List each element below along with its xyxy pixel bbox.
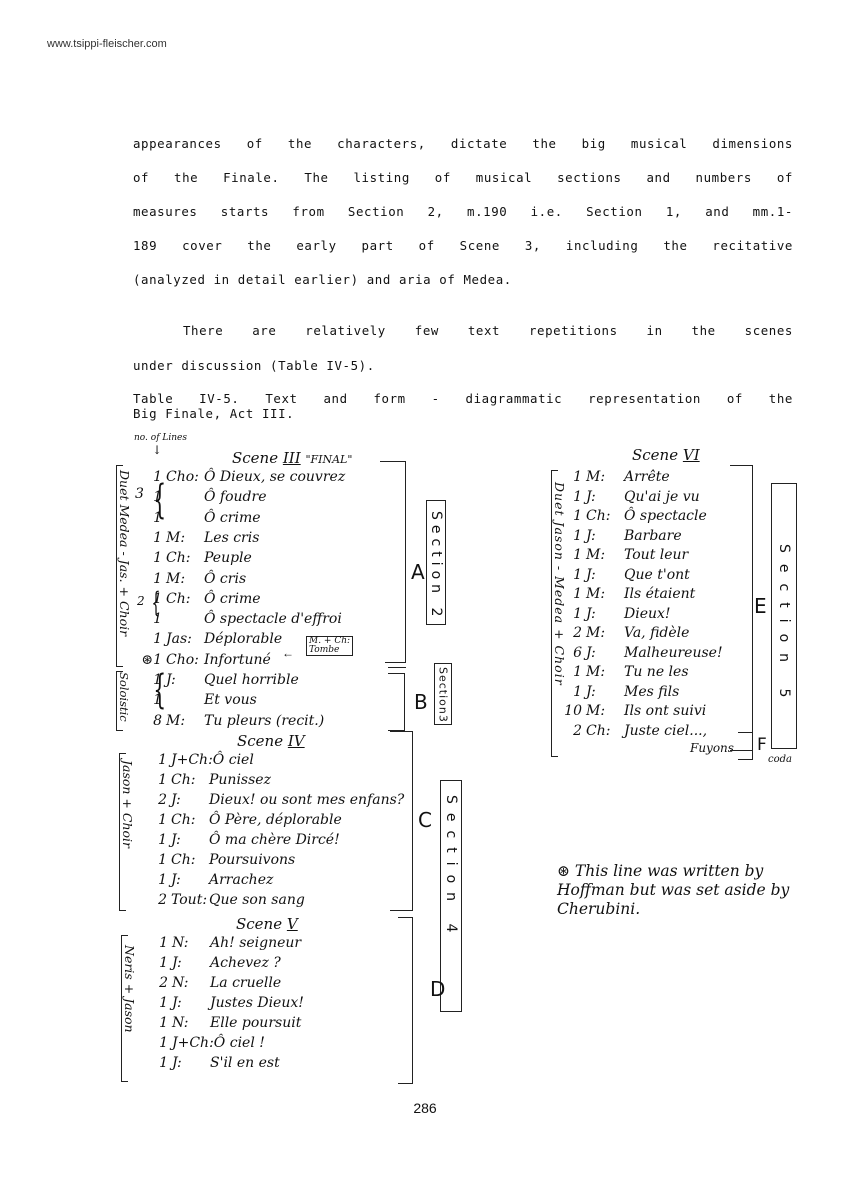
speaker: N:: [172, 975, 210, 991]
scene-3-title: Scene III "FINAL": [232, 449, 352, 467]
diagram-row: 1M:Tu ne les: [560, 664, 689, 680]
line-count: 1: [140, 571, 162, 587]
text-incipit: La cruelle: [210, 975, 281, 991]
diagram-row: 1Ch:Punissez: [145, 772, 271, 788]
bracket-E: [730, 465, 753, 751]
text-incipit: Tu pleurs (recit.): [204, 713, 324, 729]
left-arrow-icon: ←: [282, 646, 294, 661]
caption-line: Big Finale, Act III.: [133, 406, 793, 421]
speaker: J:: [171, 792, 209, 808]
diagram-row: 1Ch:Ô spectacle: [560, 508, 707, 524]
scene-numeral: VI: [683, 446, 700, 464]
source-url: www.tsippi-fleischer.com: [47, 38, 167, 50]
diagram-row: 1J:Barbare: [560, 528, 682, 544]
diagram-row: 10M:Ils ont suivi: [560, 703, 706, 719]
text-incipit: Tu ne les: [624, 664, 689, 680]
line-count: 10: [560, 703, 582, 719]
scene-numeral: III: [283, 449, 301, 467]
speaker: Cho:: [166, 652, 204, 668]
speaker: M:: [586, 703, 624, 719]
jason-choir-label: Jason + Choir: [120, 760, 135, 848]
line-count: 1: [140, 530, 162, 546]
diagram-row: 1Ô spectacle d'effroi: [140, 611, 342, 627]
scene-6-title: Scene VI: [632, 446, 700, 464]
section-letter-A: A: [411, 560, 425, 584]
line-count: 1: [145, 852, 167, 868]
bracket-C: [390, 731, 413, 911]
speaker: J:: [171, 832, 209, 848]
speaker: Ch:: [171, 772, 209, 788]
diagram-row: 1M:Les cris: [140, 530, 259, 546]
speaker: J:: [172, 995, 210, 1011]
text-incipit: Ô Dieux, se couvrez: [204, 469, 345, 485]
line-count: 1: [146, 955, 168, 971]
text-incipit: Barbare: [624, 528, 682, 544]
diagram-row: 2J:Dieux! ou sont mes enfans?: [145, 792, 404, 808]
duet-label: Duet Medea - Jas. + Choir: [117, 470, 132, 636]
text-incipit: Ils ont suivi: [624, 703, 706, 719]
text-incipit: Que t'ont: [624, 567, 690, 583]
diagram-row: 1J:Arrachez: [145, 872, 273, 888]
text-incipit: Mes fils: [624, 684, 679, 700]
bracket-A: [385, 461, 406, 663]
text-incipit: Ah! seigneur: [210, 935, 301, 951]
speaker: J:: [172, 1055, 210, 1071]
text-incipit: Ô cris: [204, 571, 246, 587]
speaker: J+Ch:: [171, 752, 213, 768]
soloistic-label: Soloistic: [117, 672, 131, 722]
text-incipit: Dieux!: [624, 606, 671, 622]
text-incipit: Tout leur: [624, 547, 688, 563]
line-count: 2: [145, 892, 167, 908]
text-incipit: Ô spectacle d'effroi: [204, 611, 342, 627]
text-incipit: Ô ma chère Dircé!: [209, 832, 340, 848]
speaker: J:: [172, 955, 210, 971]
line-count: 1: [145, 752, 167, 768]
diagram-row: 1N:Ah! seigneur: [146, 935, 301, 951]
text-incipit: Ô foudre: [204, 489, 267, 505]
speaker: J:: [586, 645, 624, 661]
line-count: ⊛1: [140, 652, 162, 668]
text-incipit: Justes Dieux!: [210, 995, 304, 1011]
text-incipit: Les cris: [204, 530, 259, 546]
scene-label: Scene: [632, 446, 678, 464]
line-count: 8: [140, 713, 162, 729]
bracket-D: [398, 917, 413, 1084]
speaker: M:: [586, 586, 624, 602]
text-incipit: Malheureuse!: [624, 645, 723, 661]
text-line: (analyzed in detail earlier) and aria of…: [133, 272, 793, 287]
diagram-row: ⊛1Cho:Infortuné: [140, 652, 271, 668]
scene-4-title: Scene IV: [237, 732, 305, 750]
speaker: M:: [586, 469, 624, 485]
scene-label: Scene: [236, 915, 282, 933]
line-count: 1: [145, 812, 167, 828]
diagram-row: 1J:Justes Dieux!: [146, 995, 304, 1011]
text-line: There are relatively few text repetition…: [183, 323, 793, 338]
scene-5-title: Scene V: [236, 915, 298, 933]
text-incipit: Achevez ?: [210, 955, 281, 971]
diagram-row: 1Ch:Poursuivons: [145, 852, 295, 868]
down-arrow-icon: ↓: [152, 443, 162, 457]
line-count: 1: [145, 772, 167, 788]
text-incipit: Que son sang: [209, 892, 305, 908]
no-of-lines-label: no. of Lines: [134, 433, 187, 443]
speaker: Ch:: [586, 508, 624, 524]
text-line: under discussion (Table IV-5).: [133, 358, 793, 373]
speaker: Ch:: [586, 723, 624, 739]
text-incipit: Ô crime: [204, 591, 261, 607]
section-5-box: Section 5: [771, 483, 797, 749]
text-incipit: Peuple: [204, 550, 252, 566]
bracket-B: [388, 673, 405, 731]
line-count: 2: [145, 792, 167, 808]
page-number: 286: [0, 1100, 850, 1116]
text-incipit: Déplorable: [204, 631, 282, 647]
text-line: of the Finale. The listing of musical se…: [133, 170, 793, 185]
speaker: M:: [586, 625, 624, 641]
text-incipit: S'il en est: [210, 1055, 280, 1071]
speaker: N:: [172, 935, 210, 951]
scene-numeral: IV: [288, 732, 305, 750]
diagram-row: 1N:Elle poursuit: [146, 1015, 301, 1031]
line-count: 1: [145, 872, 167, 888]
text-line: appearances of the characters, dictate t…: [133, 136, 793, 151]
section-letter-F: F: [757, 735, 767, 755]
speaker: M:: [586, 547, 624, 563]
diagram-row: 1M:Ils étaient: [560, 586, 695, 602]
diagram-row: 1Ch:Ô Père, déplorable: [145, 812, 342, 828]
speaker: J:: [586, 684, 624, 700]
speaker: J:: [586, 606, 624, 622]
text-incipit: Ô ciel !: [214, 1035, 265, 1051]
annotation-line: Tombe: [309, 646, 350, 655]
text-incipit: Ô Père, déplorable: [209, 812, 342, 828]
brace-icon: {: [153, 477, 166, 523]
text-incipit: Infortuné: [204, 652, 271, 668]
text-incipit: Juste ciel...,: [624, 723, 707, 739]
speaker: Ch:: [171, 852, 209, 868]
diagram-row: 1J+Ch:Ô ciel !: [146, 1035, 265, 1051]
speaker: Cho:: [166, 469, 204, 485]
text-incipit: Ô crime: [204, 510, 261, 526]
diagram-row: 2Ch:Juste ciel...,: [560, 723, 707, 739]
line-count: 1: [146, 995, 168, 1011]
group-count: 3: [135, 486, 144, 502]
diagram-row: 8M:Tu pleurs (recit.): [140, 713, 324, 729]
text-line: measures starts from Section 2, m.190 i.…: [133, 204, 793, 219]
diagram-row: 1J:Dieux!: [560, 606, 671, 622]
speaker: N:: [172, 1015, 210, 1031]
text-line: 189 cover the early part of Scene 3, inc…: [133, 238, 793, 253]
diagram-row: 1M:Ô cris: [140, 571, 246, 587]
scene-numeral: V: [287, 915, 298, 933]
line-count: 1: [140, 550, 162, 566]
text-incipit: Elle poursuit: [210, 1015, 301, 1031]
section-3-box: Section3: [434, 663, 452, 725]
text-incipit: Poursuivons: [209, 852, 295, 868]
text-incipit: Quel horrible: [204, 672, 299, 688]
text-incipit: Dieux! ou sont mes enfans?: [209, 792, 404, 808]
brace-icon: {: [151, 586, 160, 619]
continuation-text: Fuyons: [690, 741, 734, 755]
bracket-F: [738, 732, 753, 760]
diagram-row: 1Ch:Peuple: [140, 550, 252, 566]
duet-jason-medea-label: Duet Jason - Medea + Choir: [552, 482, 567, 686]
section-letter-B: B: [414, 690, 428, 714]
text-incipit: Et vous: [204, 692, 257, 708]
speaker: Ch:: [166, 550, 204, 566]
bracket-tick: [380, 461, 402, 462]
line-count: 1: [145, 832, 167, 848]
speaker: Tout:: [171, 892, 209, 908]
diagram-row: 1M:Arrête: [560, 469, 670, 485]
speaker: Ch:: [171, 812, 209, 828]
text-incipit: Arrachez: [209, 872, 273, 888]
diagram-row: 1J:Achevez ?: [146, 955, 281, 971]
diagram-row: 1J:Qu'ai je vu: [560, 489, 700, 505]
speaker: Jas:: [166, 631, 204, 647]
line-count: 1: [140, 631, 162, 647]
text-incipit: Ô ciel: [213, 752, 254, 768]
scene-subtitle: "FINAL": [305, 453, 352, 466]
text-incipit: Ô spectacle: [624, 508, 707, 524]
text-incipit: Qu'ai je vu: [624, 489, 700, 505]
text-incipit: Arrête: [624, 469, 670, 485]
line-count: 1: [146, 1055, 168, 1071]
speaker: M:: [166, 571, 204, 587]
speaker: J:: [586, 489, 624, 505]
speaker: J:: [166, 672, 204, 688]
section-2-box: Section 2: [426, 500, 446, 625]
line-count: 1: [146, 1035, 168, 1051]
diagram-row: 1Jas:Déplorable: [140, 631, 282, 647]
speaker: M:: [586, 664, 624, 680]
diagram-row: 1J:Ô ma chère Dircé!: [145, 832, 340, 848]
diagram-row: 2M:Va, fidèle: [560, 625, 689, 641]
caption-line: Table IV-5. Text and form - diagrammatic…: [133, 391, 793, 406]
text-incipit: Ils étaient: [624, 586, 695, 602]
diagram-row: 1M:Tout leur: [560, 547, 688, 563]
section-letter-C: C: [418, 808, 432, 832]
diagram-row: 1J+Ch:Ô ciel: [145, 752, 254, 768]
diagram-row: 1Cho:Ô Dieux, se couvrez: [140, 469, 345, 485]
line-count: 2: [560, 723, 582, 739]
diagram-row: 1J:Mes fils: [560, 684, 679, 700]
line-count: 1: [146, 1015, 168, 1031]
speaker: M:: [166, 530, 204, 546]
coda-label: coda: [768, 754, 792, 765]
speaker: J:: [586, 528, 624, 544]
annotation-box: M. + Ch: Tombe: [306, 636, 353, 656]
group-count: 2: [137, 594, 145, 608]
section-letter-E: E: [754, 594, 767, 618]
speaker: J:: [171, 872, 209, 888]
speaker: M:: [166, 713, 204, 729]
divider: [388, 667, 406, 668]
text-incipit: Va, fidèle: [624, 625, 689, 641]
brace-icon: {: [153, 667, 166, 713]
diagram-row: 1J:Que t'ont: [560, 567, 690, 583]
diagram-row: 6J:Malheureuse!: [560, 645, 723, 661]
diagram-row: 1J:S'il en est: [146, 1055, 280, 1071]
neris-jason-label: Neris + Jason: [122, 945, 137, 1033]
speaker: Ch:: [166, 591, 204, 607]
scene-label: Scene: [232, 449, 278, 467]
diagram-row: 2Tout:Que son sang: [145, 892, 305, 908]
line-count: 1: [146, 935, 168, 951]
footnote: ⊛ This line was written by Hoffman but w…: [557, 862, 817, 919]
line-count: 2: [146, 975, 168, 991]
text-incipit: Punissez: [209, 772, 271, 788]
speaker: J+Ch:: [172, 1035, 214, 1051]
scene-label: Scene: [237, 732, 283, 750]
section-letter-D: D: [430, 977, 445, 1001]
diagram-row: 2N:La cruelle: [146, 975, 281, 991]
speaker: J:: [586, 567, 624, 583]
